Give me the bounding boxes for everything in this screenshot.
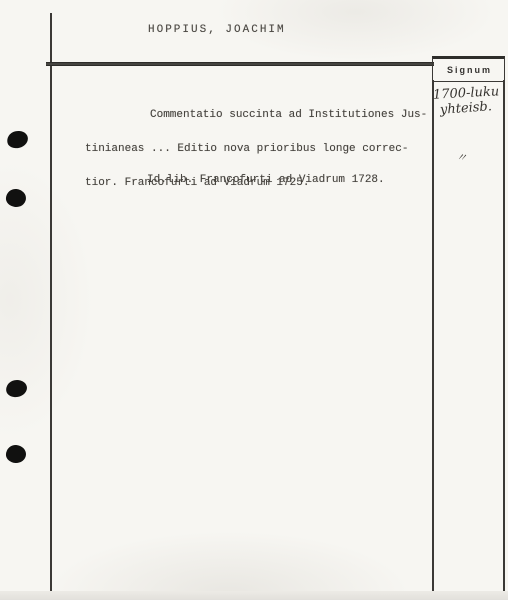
signum-column-rule	[432, 80, 434, 591]
header-divider-rule	[46, 62, 434, 66]
punch-hole-icon	[5, 444, 26, 463]
left-margin-rule	[50, 13, 52, 591]
punch-hole-icon	[5, 188, 27, 208]
right-border-rule	[503, 80, 505, 591]
signum-column-header-cell: Signum	[432, 56, 505, 82]
signum-handwritten-value-line2: yhteisb.	[440, 99, 493, 118]
entry-line: Commentatio succinta ad Institutiones Ju…	[150, 110, 427, 121]
scanned-catalog-card: HOPPIUS, JOACHIM Signum Commentatio succ…	[0, 0, 508, 600]
entry-line: Id.lib. Francofurti ad Viadrum 1728.	[147, 175, 385, 186]
author-heading: HOPPIUS, JOACHIM	[148, 24, 286, 36]
signum-column-label: Signum	[445, 65, 492, 75]
punch-hole-icon	[5, 129, 29, 151]
catalog-entry-1728: Id.lib. Francofurti ad Viadrum 1728.	[147, 152, 385, 209]
punch-hole-icon	[5, 378, 29, 398]
signum-ditto-mark: 〃	[455, 148, 467, 165]
scan-edge-shadow	[0, 591, 508, 600]
